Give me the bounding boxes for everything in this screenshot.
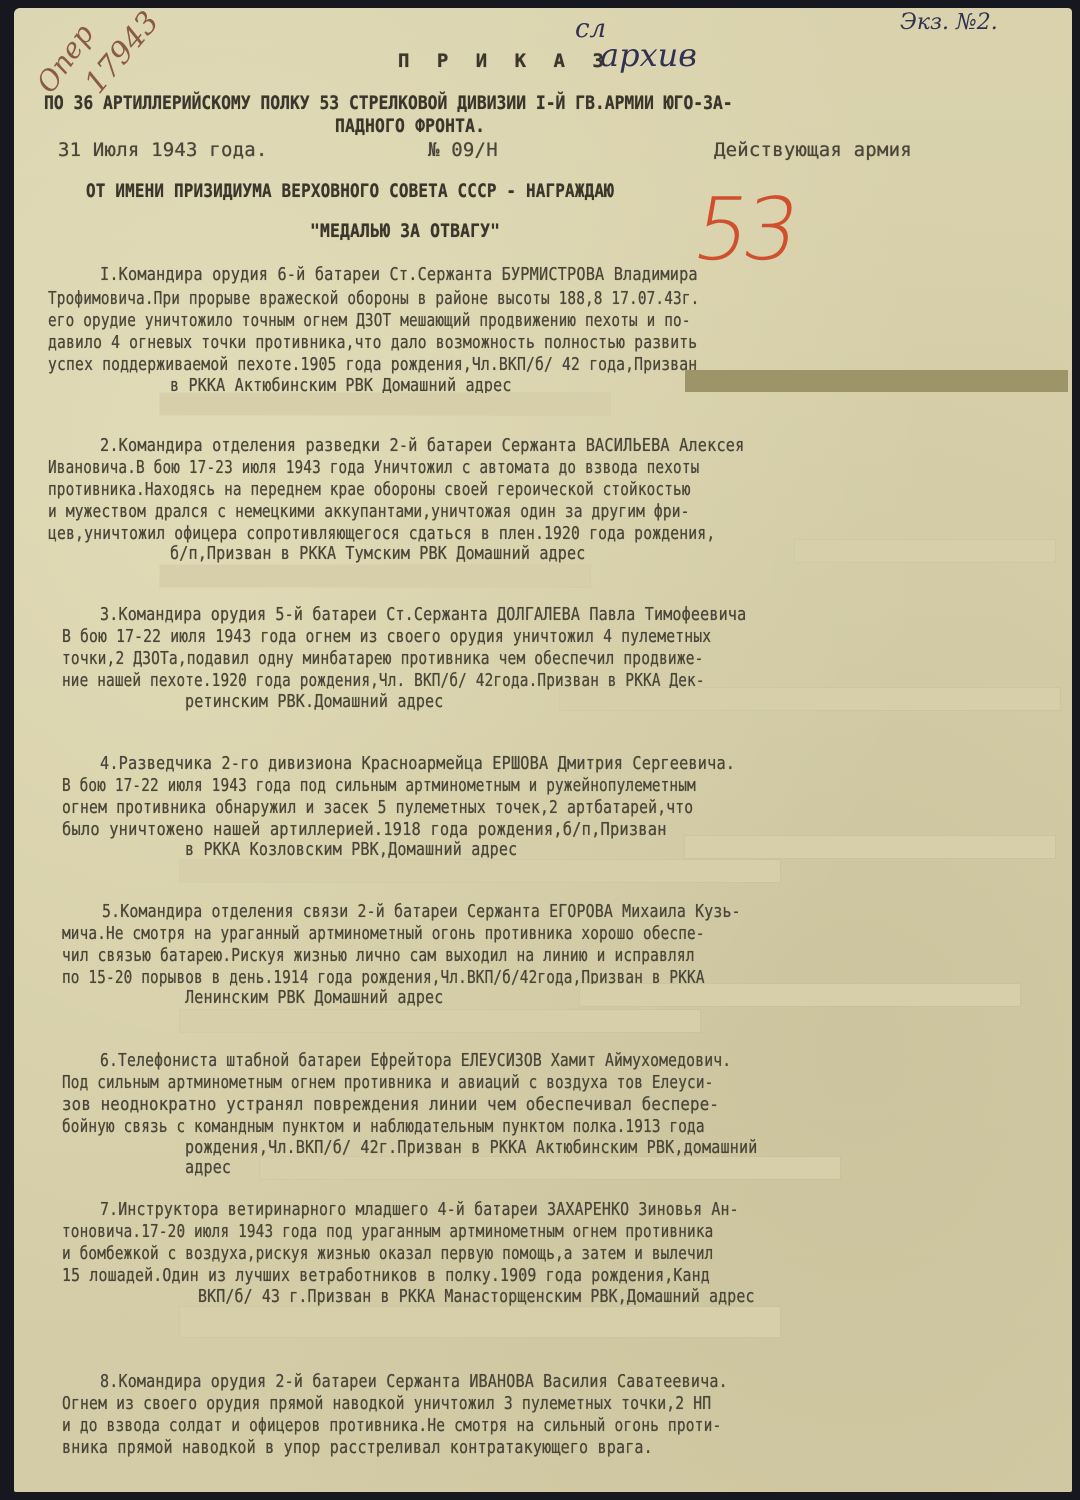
entry-line: противника.Находясь на переднем крае обо… bbox=[48, 482, 691, 500]
entry-line: и бомбежкой с воздуха,рискуя жизнью оказ… bbox=[62, 1246, 713, 1264]
entry-line: бойную связь с командным пунктом и наблю… bbox=[62, 1119, 705, 1137]
entry-line: 4.Разведчика 2-го дивизиона Красноармейц… bbox=[100, 756, 735, 774]
redacted-address bbox=[795, 540, 1055, 562]
entry-line: давило 4 огневых точки противника,что да… bbox=[48, 335, 697, 353]
location-active-army: Действующая армия bbox=[714, 141, 912, 160]
document-title: П Р И К А З bbox=[398, 52, 612, 71]
entry-line: 7.Инструктора ветиринарного младшего 4-й… bbox=[100, 1202, 739, 1220]
entry-line: его орудие уничтожило точным огнем ДЗОТ … bbox=[48, 313, 691, 331]
entry-line: огнем противника обнаружил и засек 5 пул… bbox=[62, 800, 693, 818]
entry-line: Под сильным артминометным огнем противни… bbox=[62, 1075, 713, 1093]
header-unit-line-2: ПАДНОГО ФРОНТА. bbox=[335, 117, 485, 136]
entry-line: Трофимовича.При прорыве вражеской оборон… bbox=[48, 291, 699, 309]
entry-line: зов неоднократно устранял повреждения ли… bbox=[62, 1097, 719, 1115]
redacted-address bbox=[180, 1307, 780, 1337]
redacted-address bbox=[180, 860, 780, 882]
entry-line: 3.Командира орудия 5-й батареи Ст.Сержан… bbox=[100, 607, 746, 625]
entry-line: б/п,Призван в РККА Тумским РВК Домашний … bbox=[170, 546, 585, 564]
redacted-address bbox=[685, 370, 1068, 392]
entry-line: 2.Командира отделения разведки 2-й батар… bbox=[100, 438, 744, 456]
entry-line: Ивановича.В бою 17-23 июля 1943 года Уни… bbox=[48, 460, 699, 478]
entry-line: тоновича.17-20 июля 1943 года под ураган… bbox=[62, 1224, 713, 1242]
header-unit-line-1: ПО 36 АРТИЛЛЕРИЙСКОМУ ПОЛКУ 53 СТРЕЛКОВО… bbox=[44, 94, 733, 113]
entry-line: цев,уничтожил офицера сопротивляющегося … bbox=[48, 526, 715, 544]
entry-line: Ленинским РВК Домашний адрес bbox=[185, 990, 444, 1008]
entry-line: I.Командира орудия 6-й батареи Ст.Сержан… bbox=[100, 267, 698, 285]
handwritten-copy-number: Экз. №2. bbox=[900, 10, 998, 35]
entry-line: рождения,Чл.ВКП/б/ 42г.Призван в РККА Ак… bbox=[185, 1140, 757, 1158]
entry-line: адрес bbox=[185, 1160, 231, 1178]
entry-line: мича.Не смотря на ураганный артминометны… bbox=[62, 926, 705, 944]
entry-line: 15 лошадей.Один из лучших ветработников … bbox=[62, 1268, 710, 1286]
entry-line: 6.Телефониста штабной батареи Ефрейтора … bbox=[100, 1053, 731, 1071]
entry-line: В бою 17-22 июля 1943 года под сильным а… bbox=[62, 778, 696, 796]
redacted-address bbox=[685, 836, 1055, 858]
redacted-address bbox=[560, 688, 1060, 710]
order-date: 31 Июля 1943 года. bbox=[58, 141, 268, 160]
award-name: "МЕДАЛЬЮ ЗА ОТВАГУ" bbox=[310, 222, 500, 241]
redacted-address bbox=[160, 565, 590, 587]
entry-line: ретинским РВК.Домашний адрес bbox=[185, 694, 444, 712]
preamble: ОТ ИМЕНИ ПРИЗИДИУМА ВЕРХОВНОГО СОВЕТА СС… bbox=[86, 182, 614, 201]
entry-line: в РККА Козловским РВК,Домашний адрес bbox=[185, 842, 517, 860]
entry-line: Огнем из своего орудия прямой наводкой у… bbox=[62, 1396, 711, 1414]
redacted-address bbox=[580, 984, 1020, 1006]
redacted-address bbox=[260, 1157, 840, 1179]
redacted-address bbox=[160, 393, 610, 415]
entry-line: В бою 17-22 июля 1943 года огнем из свое… bbox=[62, 629, 711, 647]
entry-line: точки,2 ДЗОТа,подавил одну минбатарею пр… bbox=[62, 651, 704, 669]
entry-line: было уничтожено нашей артиллерией.1918 г… bbox=[62, 822, 667, 840]
entry-line: вника прямой наводкой в упор расстрелива… bbox=[62, 1440, 653, 1458]
order-number: № 09/Н bbox=[428, 141, 498, 160]
handwritten-note-archive: архив bbox=[600, 36, 697, 74]
entry-line: 5.Командира отделения связи 2-й батареи … bbox=[102, 904, 741, 922]
entry-line: ВКП/б/ 43 г.Призван в РККА Манасторщенск… bbox=[198, 1289, 755, 1307]
red-handwritten-number: 53 bbox=[686, 180, 801, 280]
entry-line: 8.Командира орудия 2-й батареи Сержанта … bbox=[100, 1374, 728, 1392]
entry-line: чил связью батарею.Рискуя жизнью лично с… bbox=[62, 948, 695, 966]
redacted-address bbox=[180, 1010, 700, 1032]
entry-line: и до взвода солдат и офицеров противника… bbox=[62, 1418, 721, 1436]
entry-line: успех поддерживаемой пехоте.1905 года ро… bbox=[48, 357, 697, 375]
entry-line: и мужеством дрался с немецкими аккупанта… bbox=[48, 504, 690, 522]
